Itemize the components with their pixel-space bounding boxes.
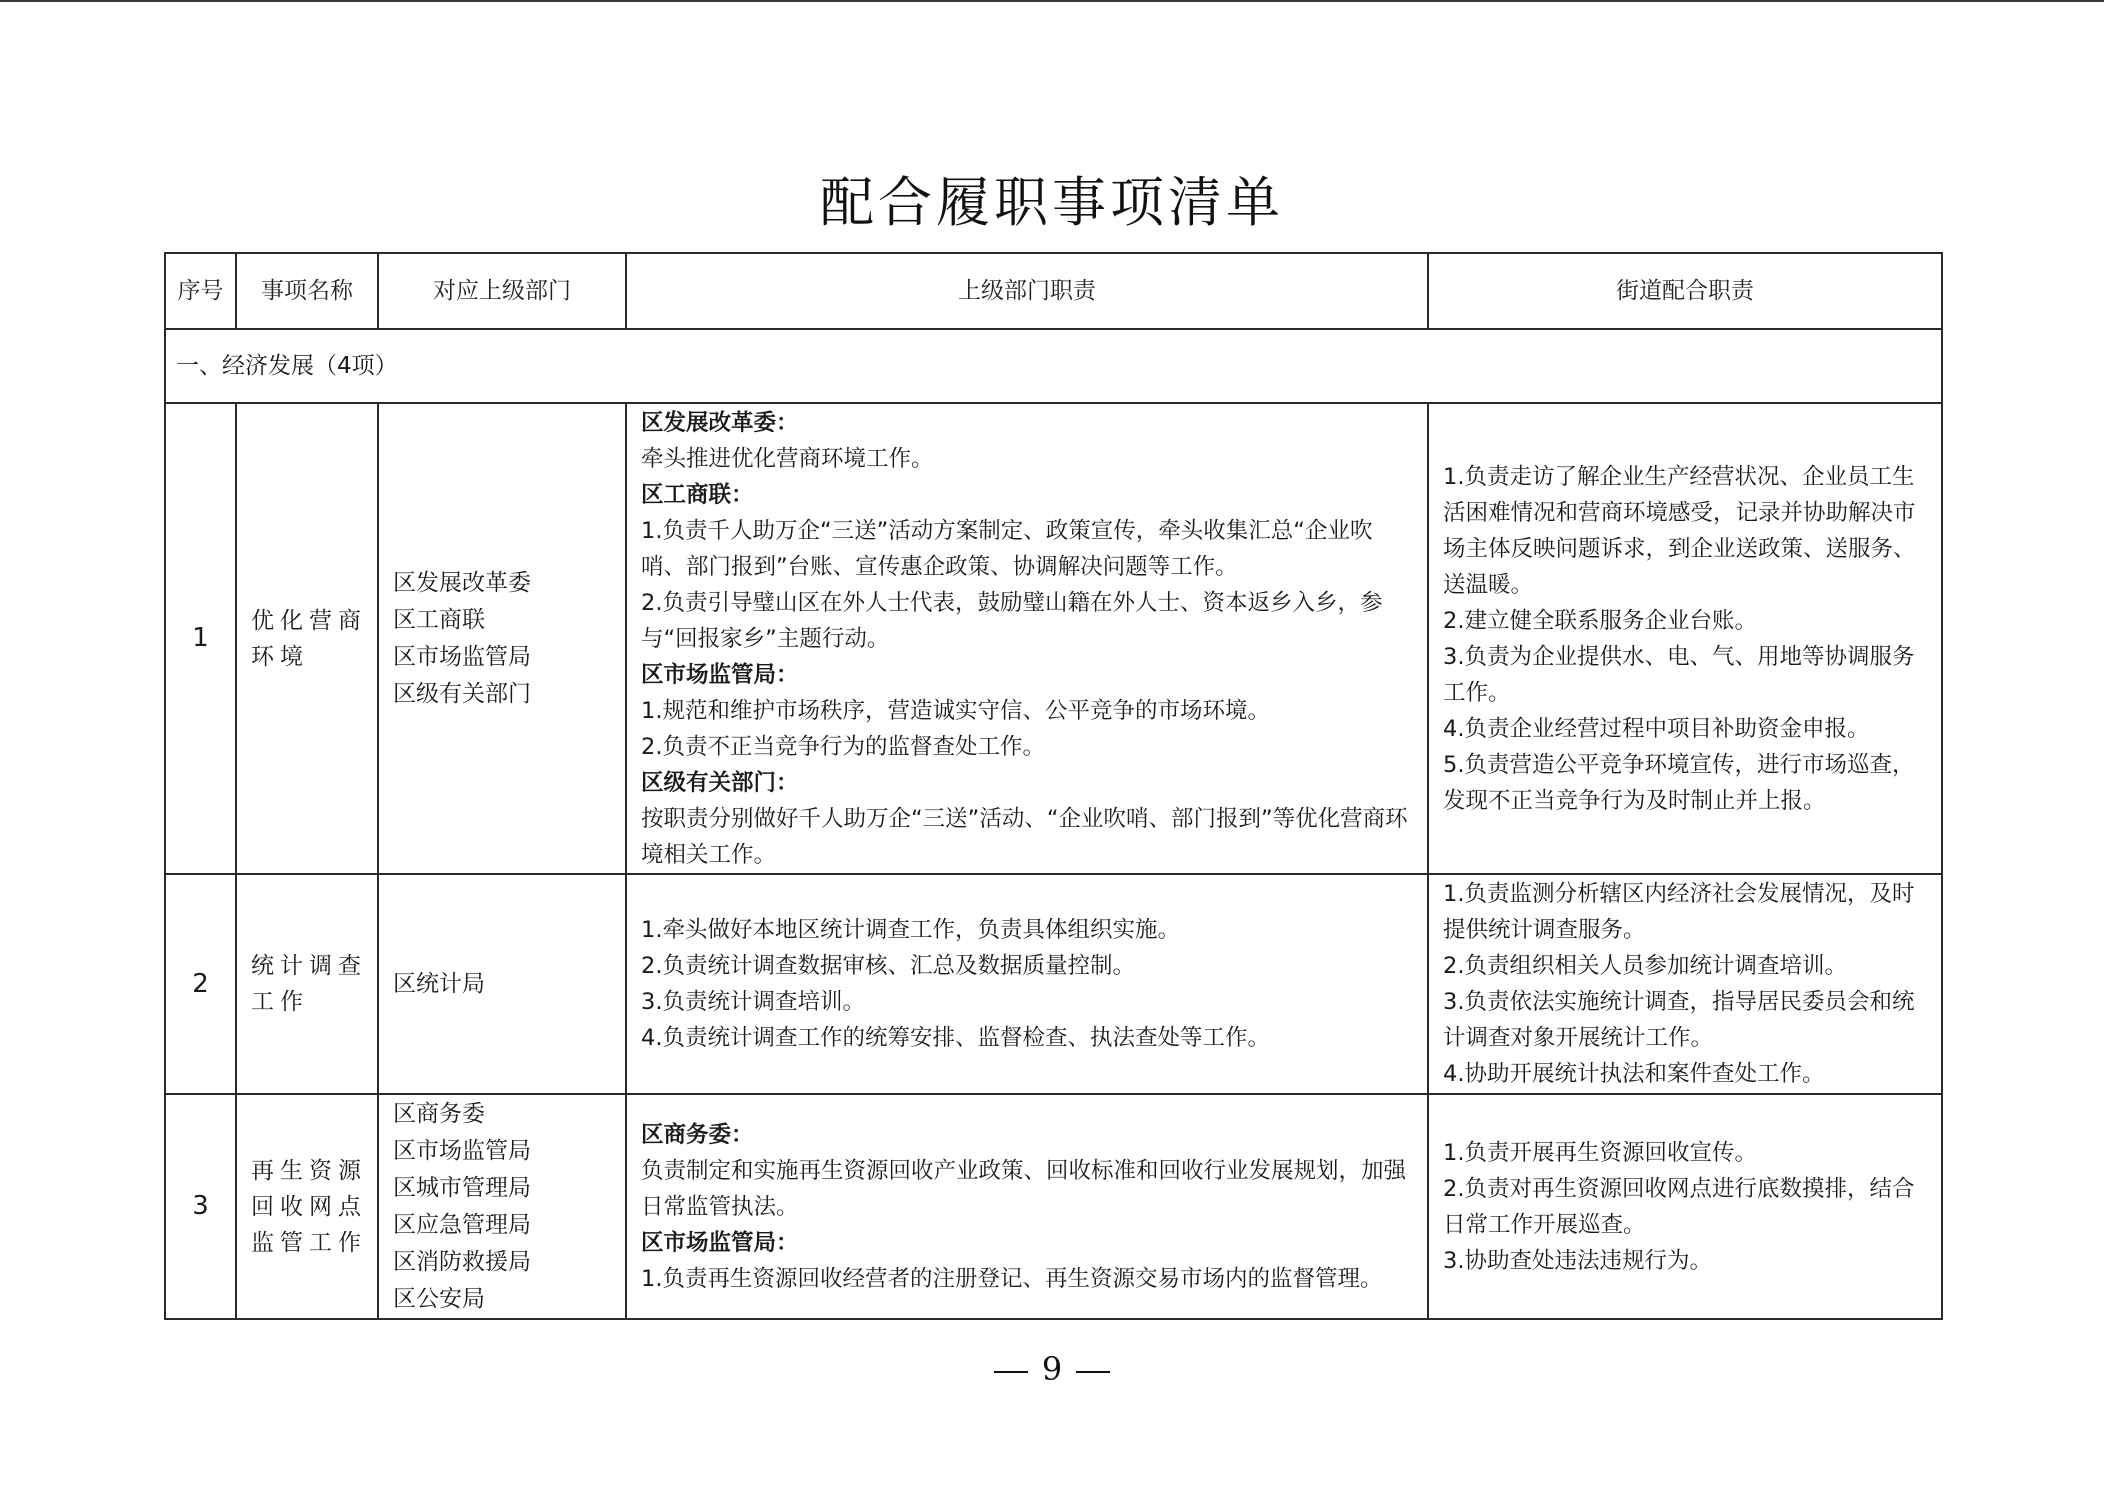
street-duty-item: 2.建立健全联系服务企业台账。 [1443,603,1931,639]
street-duty-item: 3.负责依法实施统计调查，指导居民委员会和统计调查对象开展统计工作。 [1443,984,1931,1056]
row-item-name: 再生资源回收网点监管工作 [236,1094,378,1319]
table-row: 2 统计调查工作 区统计局 1.牵头做好本地区统计调查工作，负责具体组织实施。 … [165,874,1942,1094]
table-row: 1 优化营商环境 区发展改革委 区工商联 区市场监管局 区级有关部门 区发展改革… [165,403,1942,874]
duty-item: 1.负责千人助万企“三送”活动方案制定、政策宣传，牵头收集汇总“企业吹哨、部门报… [641,513,1415,585]
duty-org-heading: 区级有关部门： [641,765,1415,801]
section-label: 一、经济发展（4项） [165,329,1942,403]
row-departments: 区商务委 区市场监管局 区城市管理局 区应急管理局 区消防救援局 区公安局 [378,1094,626,1319]
duty-item: 负责制定和实施再生资源回收产业政策、回收标准和回收行业发展规划，加强日常监管执法… [641,1153,1415,1225]
department: 区市场监管局 [393,1133,611,1170]
page-number: 9 [0,1350,2104,1388]
street-duty-item: 3.负责为企业提供水、电、气、用地等协调服务工作。 [1443,639,1931,711]
duty-item: 3.负责统计调查培训。 [641,984,1415,1020]
row-upper-duties: 1.牵头做好本地区统计调查工作，负责具体组织实施。 2.负责统计调查数据审核、汇… [626,874,1428,1094]
section-row: 一、经济发展（4项） [165,329,1942,403]
street-duty-item: 4.协助开展统计执法和案件查处工作。 [1443,1056,1931,1092]
duty-org-heading: 区发展改革委： [641,405,1415,441]
row-seq: 2 [165,874,236,1094]
street-duty-item: 2.负责组织相关人员参加统计调查培训。 [1443,948,1931,984]
duty-org-heading: 区商务委： [641,1117,1415,1153]
department: 区消防救援局 [393,1244,611,1281]
row-upper-duties: 区商务委： 负责制定和实施再生资源回收产业政策、回收标准和回收行业发展规划，加强… [626,1094,1428,1319]
street-duty-item: 4.负责企业经营过程中项目补助资金申报。 [1443,711,1931,747]
department: 区城市管理局 [393,1170,611,1207]
row-seq: 3 [165,1094,236,1319]
duty-org-heading: 区市场监管局： [641,657,1415,693]
row-departments: 区发展改革委 区工商联 区市场监管局 区级有关部门 [378,403,626,874]
row-street-duties: 1.负责开展再生资源回收宣传。 2.负责对再生资源回收网点进行底数摸排，结合日常… [1428,1094,1942,1319]
department: 区公安局 [393,1281,611,1318]
street-duty-item: 1.负责监测分析辖区内经济社会发展情况，及时提供统计调查服务。 [1443,876,1931,948]
duty-item: 1.规范和维护市场秩序，营造诚实守信、公平竞争的市场环境。 [641,693,1415,729]
page-number-dash-right [1076,1371,1110,1373]
department: 区市场监管局 [393,639,611,676]
row-departments: 区统计局 [378,874,626,1094]
row-street-duties: 1.负责走访了解企业生产经营状况、企业员工生活困难情况和营商环境感受，记录并协助… [1428,403,1942,874]
department: 区工商联 [393,602,611,639]
street-duty-item: 3.协助查处违法违规行为。 [1443,1243,1931,1279]
department: 区级有关部门 [393,676,611,713]
document-title: 配合履职事项清单 [0,160,2104,237]
street-duty-item: 2.负责对再生资源回收网点进行底数摸排，结合日常工作开展巡查。 [1443,1171,1931,1243]
row-street-duties: 1.负责监测分析辖区内经济社会发展情况，及时提供统计调查服务。 2.负责组织相关… [1428,874,1942,1094]
header-upper-dept: 对应上级部门 [378,253,626,329]
department: 区统计局 [393,966,611,1003]
duty-org-heading: 区市场监管局： [641,1225,1415,1261]
duty-item: 1.牵头做好本地区统计调查工作，负责具体组织实施。 [641,912,1415,948]
page-number-dash-left [994,1371,1028,1373]
duty-item: 1.负责再生资源回收经营者的注册登记、再生资源交易市场内的监督管理。 [641,1261,1415,1297]
row-item-name: 统计调查工作 [236,874,378,1094]
street-duty-item: 1.负责走访了解企业生产经营状况、企业员工生活困难情况和营商环境感受，记录并协助… [1443,459,1931,603]
duty-item: 2.负责引导璧山区在外人士代表，鼓励璧山籍在外人士、资本返乡入乡，参与“回报家乡… [641,585,1415,657]
page-number-value: 9 [1042,1350,1062,1388]
table-row: 3 再生资源回收网点监管工作 区商务委 区市场监管局 区城市管理局 区应急管理局… [165,1094,1942,1319]
header-item-name: 事项名称 [236,253,378,329]
duty-item: 2.负责统计调查数据审核、汇总及数据质量控制。 [641,948,1415,984]
header-upper-duty: 上级部门职责 [626,253,1428,329]
row-upper-duties: 区发展改革委： 牵头推进优化营商环境工作。 区工商联： 1.负责千人助万企“三送… [626,403,1428,874]
duty-table: 序号 事项名称 对应上级部门 上级部门职责 街道配合职责 一、经济发展（4项） … [164,252,1943,1320]
street-duty-item: 1.负责开展再生资源回收宣传。 [1443,1135,1931,1171]
department: 区发展改革委 [393,565,611,602]
row-seq: 1 [165,403,236,874]
page-top-border [0,0,2104,2]
department: 区应急管理局 [393,1207,611,1244]
duty-item: 按职责分别做好千人助万企“三送”活动、“企业吹哨、部门报到”等优化营商环境相关工… [641,801,1415,873]
duty-org-heading: 区工商联： [641,477,1415,513]
department: 区商务委 [393,1096,611,1133]
duty-item: 2.负责不正当竞争行为的监督查处工作。 [641,729,1415,765]
street-duty-item: 5.负责营造公平竞争环境宣传，进行市场巡查，发现不正当竞争行为及时制止并上报。 [1443,747,1931,819]
duty-item: 4.负责统计调查工作的统筹安排、监督检查、执法查处等工作。 [641,1020,1415,1056]
header-seq: 序号 [165,253,236,329]
table-header-row: 序号 事项名称 对应上级部门 上级部门职责 街道配合职责 [165,253,1942,329]
header-street-duty: 街道配合职责 [1428,253,1942,329]
row-item-name: 优化营商环境 [236,403,378,874]
duty-item: 牵头推进优化营商环境工作。 [641,441,1415,477]
